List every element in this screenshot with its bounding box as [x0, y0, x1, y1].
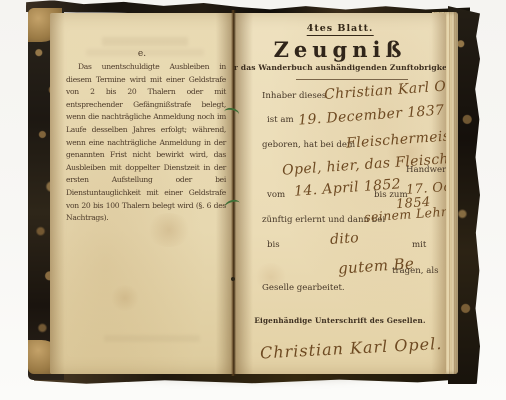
- journeyman-signature: Christian Karl Opel.: [260, 335, 431, 363]
- form-label-handwerk: Handwerk: [406, 165, 446, 175]
- handwritten-holder-name: Christian Karl Opel: [324, 77, 446, 103]
- certificate-subtitle: der das Wanderbuch aushändigenden Zunfto…: [234, 63, 446, 72]
- foxing-stain: [110, 285, 140, 311]
- divider-rule: [296, 79, 408, 80]
- handwritten-birth-date-place: 19. December 1837 zu Gotha: [298, 97, 446, 128]
- photo-of-open-wanderbuch: e. Das unentschuldigte Ausbleiben in die…: [0, 0, 506, 400]
- right-page: 4tes Blatt. Zeugniß der das Wanderbuch a…: [234, 13, 446, 374]
- certificate-title: Zeugniß: [274, 37, 407, 62]
- form-label-from: vom: [267, 190, 285, 200]
- form-label-betragen-als: tragen, als: [392, 266, 439, 276]
- book-gutter: [231, 10, 236, 376]
- signature-caption: Eigenhändige Unterschrift des Gesellen.: [254, 316, 425, 325]
- form-label-holder: Inhaber dieses: [262, 91, 326, 101]
- binding-knot-icon: [231, 277, 235, 281]
- handwritten-master-name: Fleischermeister Karl: [346, 124, 446, 151]
- section-mark: e.: [138, 49, 146, 59]
- left-page: e. Das unentschuldigte Ausbleiben in die…: [50, 13, 234, 374]
- handwritten-dito: dito: [329, 230, 359, 248]
- form-label-born-on: ist am: [267, 115, 294, 125]
- ink-showthrough: [102, 37, 188, 46]
- sheet-number-label: 4tes Blatt.: [307, 23, 374, 36]
- form-label-born-with: geboren, hat bei dem: [262, 140, 355, 150]
- ink-showthrough: [104, 335, 200, 342]
- printed-paragraph: Das unentschuldigte Ausbleiben in diesem…: [66, 61, 226, 225]
- form-label-until2: bis: [267, 240, 280, 250]
- form-label-with: mit: [412, 240, 426, 250]
- form-label-worked-as-journeyman: Geselle gearbeitet.: [262, 283, 345, 293]
